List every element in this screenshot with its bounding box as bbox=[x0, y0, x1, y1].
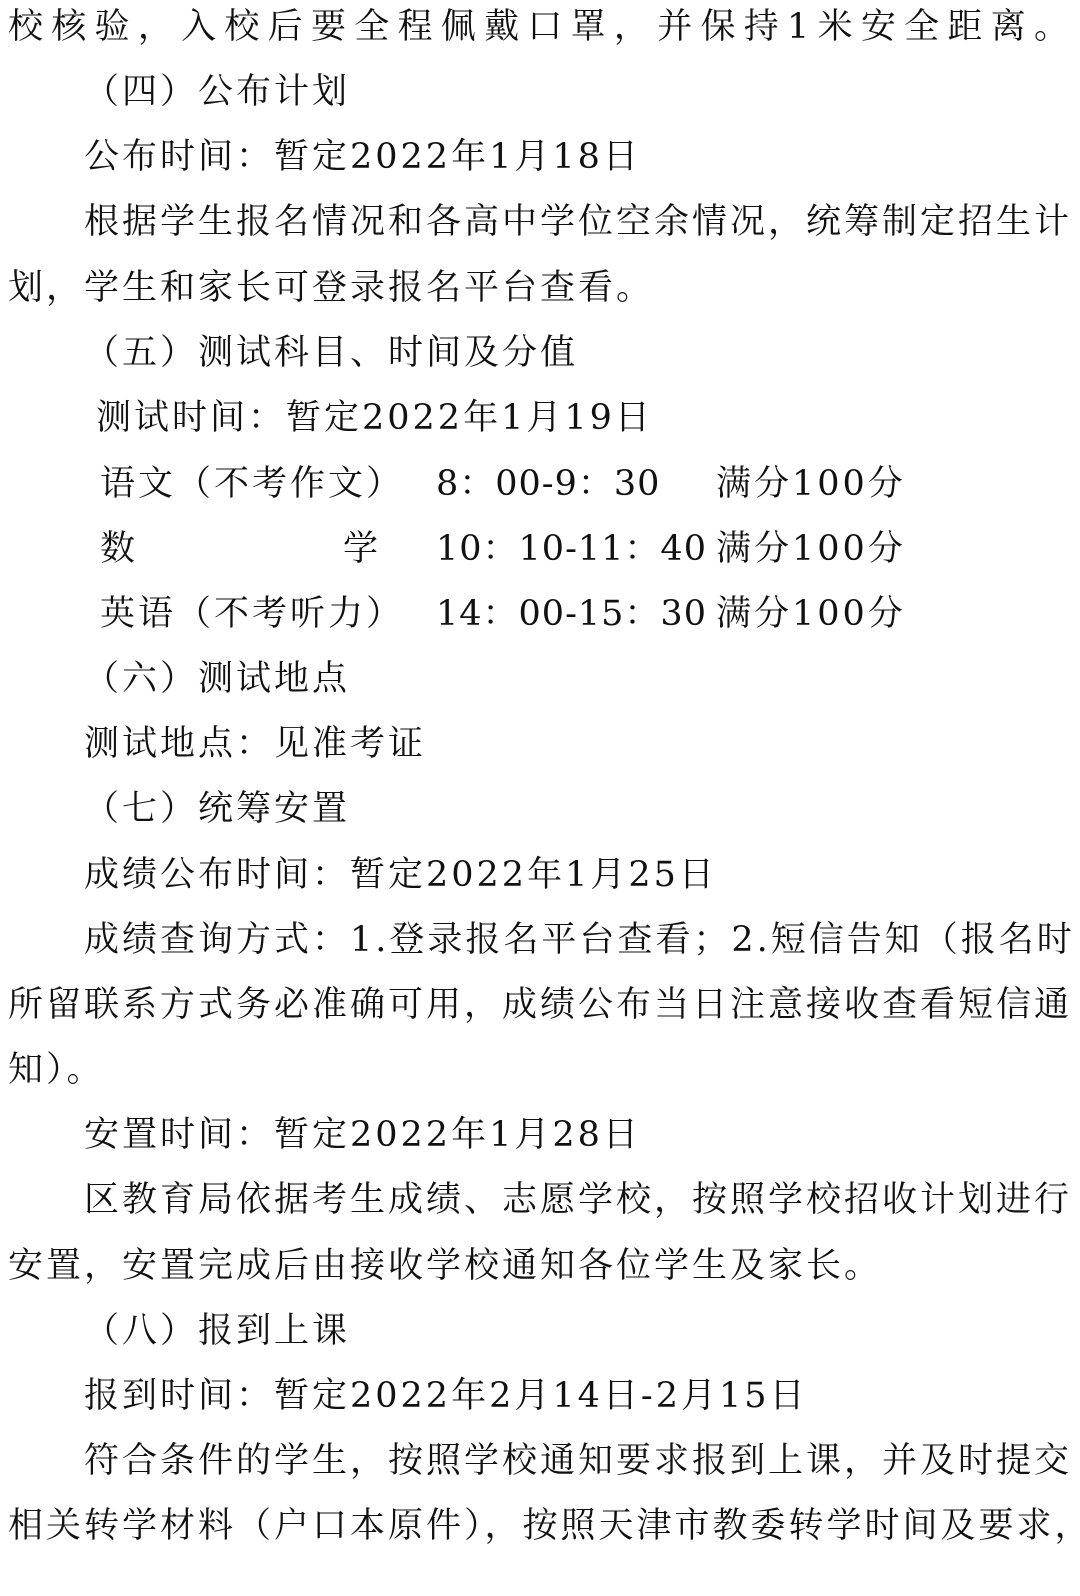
section-heading-5: （五）测试科目、时间及分值 bbox=[84, 331, 578, 375]
schedule-time: 8：00-9：30 bbox=[436, 462, 660, 506]
section-heading-8: （八）报到上课 bbox=[84, 1309, 350, 1353]
paragraph-line: 知）。 bbox=[8, 1048, 105, 1092]
paragraph-line: 根据学生报名情况和各高中学位空余情况，统筹制定招生计 bbox=[84, 200, 1072, 244]
schedule-score: 满分100分 bbox=[716, 527, 906, 571]
placement-time: 安置时间：暂定2022年1月28日 bbox=[84, 1113, 641, 1157]
section-heading-6: （六）测试地点 bbox=[84, 657, 350, 701]
score-publish-time: 成绩公布时间：暂定2022年1月25日 bbox=[84, 853, 717, 897]
schedule-subject-part: 学 bbox=[343, 527, 378, 571]
schedule-subject-part: 数 bbox=[100, 527, 135, 571]
schedule-time: 10：10-11：40 bbox=[436, 527, 707, 571]
section-heading-4: （四）公布计划 bbox=[84, 70, 350, 114]
test-time: 测试时间：暂定2022年1月19日 bbox=[96, 396, 653, 440]
schedule-score: 满分100分 bbox=[716, 462, 906, 506]
paragraph-line: 区教育局依据考生成绩、志愿学校，按照学校招收计划进行 bbox=[84, 1178, 1072, 1222]
section-heading-7: （七）统筹安置 bbox=[84, 787, 350, 831]
paragraph-line: 所留联系方式务必准确可用，成绩公布当日注意接收查看短信通 bbox=[8, 983, 1072, 1027]
report-time: 报到时间：暂定2022年2月14日-2月15日 bbox=[84, 1374, 808, 1418]
paragraph-line: 符合条件的学生，按照学校通知要求报到上课，并及时提交 bbox=[84, 1439, 1072, 1483]
paragraph-line: 成绩查询方式：1.登录报名平台查看；2.短信告知（报名时 bbox=[84, 918, 1072, 962]
publish-time: 公布时间：暂定2022年1月18日 bbox=[84, 135, 641, 179]
paragraph-line: 校核验，入校后要全程佩戴口罩，并保持1米安全距离。 bbox=[8, 5, 1072, 49]
paragraph-line: 划，学生和家长可登录报名平台查看。 bbox=[8, 266, 654, 310]
schedule-subject: 英语（不考听力） bbox=[100, 592, 404, 636]
paragraph-line: 安置，安置完成后由接收学校通知各位学生及家长。 bbox=[8, 1244, 882, 1288]
paragraph-line: 相关转学材料（户口本原件），按照天津市教委转学时间及要求， bbox=[8, 1504, 1072, 1548]
schedule-subject: 语文（不考作文） bbox=[100, 462, 404, 506]
schedule-score: 满分100分 bbox=[716, 592, 906, 636]
schedule-time: 14：00-15：30 bbox=[436, 592, 707, 636]
schedule-subject: 数 学 bbox=[100, 527, 378, 571]
test-location: 测试地点：见准考证 bbox=[84, 722, 426, 766]
